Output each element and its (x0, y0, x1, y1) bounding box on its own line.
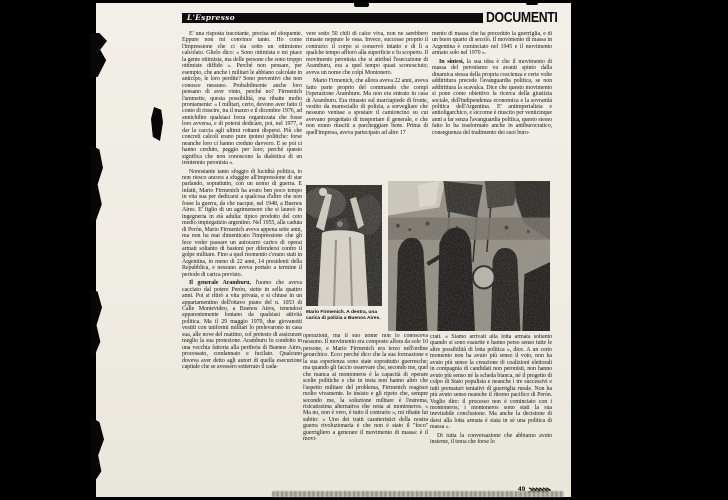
photo-caption: Mario Firmenich. A destra, una carica di… (306, 310, 386, 322)
magazine-page: L'Espresso DOCUMENTI E' una risposta tra… (96, 3, 571, 497)
photo-police-charge (388, 181, 550, 331)
scan-artifact (354, 2, 369, 7)
paragraph: In sintesi, la sua idea è che il movimen… (432, 59, 552, 136)
paragraph: Nonostante tanto sfoggio di lucidità pol… (182, 169, 302, 279)
masthead-title: L'Espresso (187, 13, 235, 22)
column-3-top: mento di massa che ha preceduto la guerr… (432, 31, 552, 180)
section-title: DOCUMENTI (486, 9, 558, 26)
photo-firmenich (306, 185, 382, 306)
column-2-bottom: operazioni, ma il suo nome non lo conosc… (303, 333, 428, 466)
paragraph: Di tutta la conversazione che abbiamo av… (430, 433, 552, 446)
paragraph: E' una risposta tracotante, precisa ed e… (182, 31, 302, 167)
masthead-bar: L'Espresso (182, 13, 483, 23)
scan-artifact (91, 289, 102, 355)
paragraph: Mario Firmenich, che allora aveva 22 ann… (306, 78, 428, 136)
scanned-magazine-screen: { "colors":{"background":"#000000","pape… (0, 0, 728, 500)
scan-artifact (90, 33, 107, 77)
scan-artifact (151, 107, 163, 141)
column-1: E' una risposta tracotante, precisa ed e… (182, 31, 302, 465)
scan-artifact (91, 145, 103, 221)
scan-artifact (91, 417, 104, 481)
column-2-top: vere sotto 50 chili di calce viva, non n… (306, 31, 428, 183)
paragraph: mento di massa che ha preceduto la guerr… (432, 31, 552, 57)
paragraph-lead: In sintesi, (439, 59, 464, 65)
paragraph: vere sotto 50 chili di calce viva, non n… (306, 31, 428, 76)
photo-police-charge-art (388, 181, 550, 331)
paragraph-lead: Il generale Aramburu, (189, 280, 251, 286)
paragraph: crati. « Siamo arrivati alla lotta armat… (430, 334, 552, 431)
column-3-bottom: crati. « Siamo arrivati alla lotta armat… (430, 334, 552, 467)
photo-firmenich-art (306, 185, 382, 306)
paragraph: operazioni, ma il suo nome non lo conosc… (303, 333, 428, 443)
scan-artifact (526, 1, 538, 5)
paragraph: Il generale Aramburu, l'uomo che aveva c… (182, 280, 302, 370)
next-page-text-ghost (272, 491, 564, 497)
